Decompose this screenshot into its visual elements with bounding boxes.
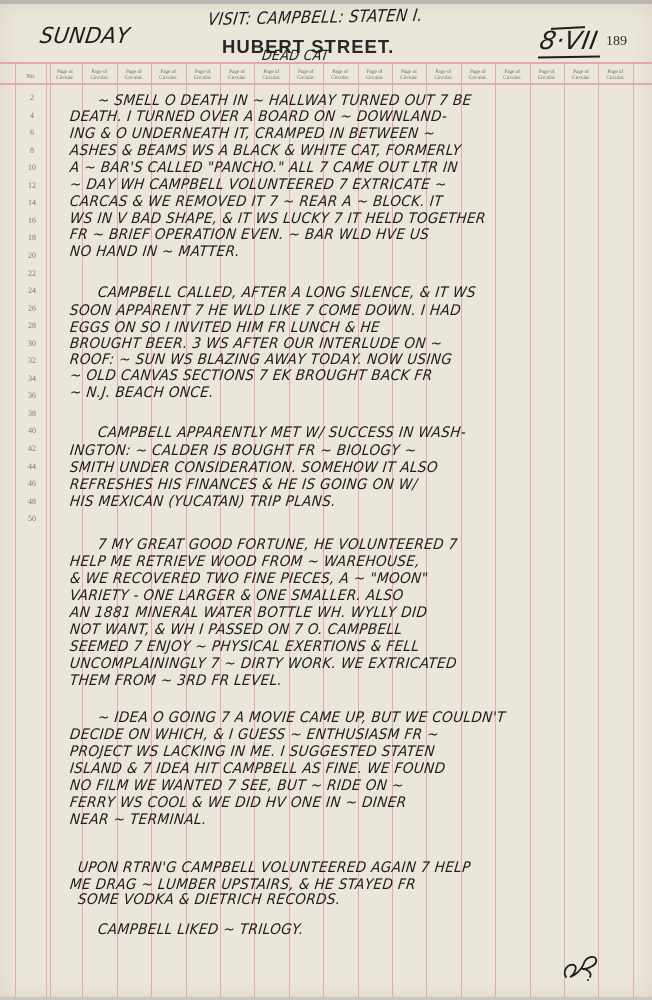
row-number: 42 bbox=[20, 444, 44, 453]
entry-date: 8·VII bbox=[537, 26, 600, 55]
handwritten-line: SMITH UNDER CONSIDERATION. SOMEHOW IT AL… bbox=[69, 459, 439, 477]
handwritten-line: NO FILM WE WANTED 7 SEE, BUT ~ RIDE ON ~ bbox=[69, 777, 405, 795]
handwritten-line: ~ SMELL O DEATH IN ~ HALLWAY TURNED OUT … bbox=[97, 92, 472, 110]
column-header-page-of-circular: Page ofCircular. bbox=[564, 70, 598, 81]
row-number: 4 bbox=[20, 111, 44, 120]
row-number: 6 bbox=[20, 128, 44, 137]
column-header-page-of-circular: Page ofCircular. bbox=[220, 70, 254, 81]
handwritten-line: A ~ BAR'S CALLED "PANCHO." ALL 7 CAME OU… bbox=[69, 159, 459, 177]
row-number: 36 bbox=[20, 391, 44, 400]
row-number: 46 bbox=[20, 479, 44, 488]
handwritten-line: NO HAND IN ~ MATTER. bbox=[69, 243, 241, 261]
handwritten-line: ROOF: ~ SUN WS BLAZING AWAY TODAY. NOW U… bbox=[69, 351, 453, 369]
row-number: 20 bbox=[20, 251, 44, 260]
row-number: 16 bbox=[20, 216, 44, 225]
handwritten-line: 7 MY GREAT GOOD FORTUNE, HE VOLUNTEERED … bbox=[97, 536, 458, 554]
column-header-no: No. bbox=[18, 73, 44, 80]
row-number: 24 bbox=[20, 286, 44, 295]
handwritten-line: AN 1881 MINERAL WATER BOTTLE WH. WYLLY D… bbox=[69, 604, 428, 622]
handwritten-line: BROUGHT BEER. 3 WS AFTER OUR INTERLUDE O… bbox=[69, 335, 443, 353]
handwritten-line: REFRESHES HIS FINANCES & HE IS GOING ON … bbox=[69, 476, 418, 494]
handwritten-line: ASHES & BEAMS WS A BLACK & WHITE CAT, FO… bbox=[69, 142, 462, 160]
row-number: 40 bbox=[20, 426, 44, 435]
handwritten-line: SOME VODKA & DIETRICH RECORDS. bbox=[77, 891, 341, 909]
column-rule bbox=[461, 62, 462, 997]
handwritten-line: HELP ME RETRIEVE WOOD FROM ~ WAREHOUSE, bbox=[69, 553, 421, 571]
entry-subtitle: DEAD CAT bbox=[261, 48, 330, 64]
handwritten-line: PROJECT WS LACKING IN ME. I SUGGESTED ST… bbox=[69, 743, 436, 761]
handwritten-line: & WE RECOVERED TWO FINE PIECES, A ~ "MOO… bbox=[69, 570, 429, 588]
handwritten-line: UPON RTRN'G CAMPBELL VOLUNTEERED AGAIN 7… bbox=[77, 859, 472, 877]
row-number: 10 bbox=[20, 163, 44, 172]
day-heading: SUNDAY bbox=[38, 24, 131, 49]
handwritten-line: DECIDE ON WHICH, & I GUESS ~ ENTHUSIASM … bbox=[69, 726, 440, 744]
header-rule-bottom bbox=[0, 83, 652, 85]
column-rule bbox=[15, 62, 16, 997]
column-rule bbox=[495, 62, 496, 997]
column-header-page-of-circular: Page ofCircular. bbox=[289, 70, 323, 81]
handwritten-line: ISLAND & 7 IDEA HIT CAMPBELL AS FINE. WE… bbox=[69, 760, 446, 778]
column-header-page-of-circular: Page ofCircular. bbox=[186, 70, 220, 81]
ledger-page: No.Page ofCircular.Page ofCircular.Page … bbox=[0, 4, 652, 997]
row-number: 30 bbox=[20, 339, 44, 348]
row-number: 28 bbox=[20, 321, 44, 330]
column-header-page-of-circular: Page ofCircular. bbox=[392, 70, 426, 81]
column-header-page-of-circular: Page ofCircular. bbox=[495, 70, 529, 81]
column-header-page-of-circular: Page ofCircular. bbox=[461, 70, 495, 81]
handwritten-line: ~ OLD CANVAS SECTIONS 7 EK BROUGHT BACK … bbox=[69, 367, 433, 385]
handwritten-line: FERRY WS COOL & WE DID HV ONE IN ~ DINER bbox=[69, 794, 407, 812]
row-number: 50 bbox=[20, 514, 44, 523]
handwritten-line: HIS MEXICAN (YUCATAN) TRIP PLANS. bbox=[69, 493, 337, 511]
row-number: 14 bbox=[20, 198, 44, 207]
column-header-page-of-circular: Page ofCircular. bbox=[254, 70, 288, 81]
column-rule bbox=[564, 62, 565, 997]
column-rule bbox=[530, 62, 531, 997]
row-number: 38 bbox=[20, 409, 44, 418]
row-number: 26 bbox=[20, 304, 44, 313]
handwritten-line: ING & O UNDERNEATH IT, CRAMPED IN BETWEE… bbox=[69, 125, 436, 143]
column-header-page-of-circular: Page ofCircular. bbox=[426, 70, 460, 81]
row-number: 34 bbox=[20, 374, 44, 383]
row-number: 8 bbox=[20, 146, 44, 155]
handwritten-line: INGTON: ~ CALDER IS BOUGHT FR ~ BIOLOGY … bbox=[69, 442, 417, 460]
handwritten-line: CAMPBELL LIKED ~ TRILOGY. bbox=[97, 921, 305, 939]
handwritten-line: ~ DAY WH CAMPBELL VOLUNTEERED 7 EXTRICAT… bbox=[69, 176, 447, 194]
row-number: 18 bbox=[20, 233, 44, 242]
row-number: 12 bbox=[20, 181, 44, 190]
page-number: 189 bbox=[606, 34, 627, 50]
row-number: 48 bbox=[20, 497, 44, 506]
column-header-page-of-circular: Page ofCircular. bbox=[151, 70, 185, 81]
row-number: 2 bbox=[20, 93, 44, 102]
handwritten-line: NEAR ~ TERMINAL. bbox=[69, 811, 208, 829]
handwritten-line: CAMPBELL APPARENTLY MET W/ SUCCESS IN WA… bbox=[97, 424, 467, 442]
handwritten-line: EGGS ON SO I INVITED HIM FR LUNCH & HE bbox=[69, 319, 381, 337]
handwritten-line: CAMPBELL CALLED, AFTER A LONG SILENCE, &… bbox=[97, 284, 477, 302]
column-rule bbox=[46, 62, 51, 997]
column-rule bbox=[633, 62, 634, 997]
column-header-page-of-circular: Page ofCircular. bbox=[82, 70, 116, 81]
column-header-page-of-circular: Page ofCircular. bbox=[530, 70, 564, 81]
handwritten-line: CARCAS & WE REMOVED IT 7 ~ REAR A ~ BLOC… bbox=[69, 193, 444, 211]
handwritten-line: ~ IDEA O GOING 7 A MOVIE CAME UP, BUT WE… bbox=[97, 709, 506, 727]
row-number: 44 bbox=[20, 462, 44, 471]
handwritten-line: UNCOMPLAININGLY 7 ~ DIRTY WORK. WE EXTRI… bbox=[69, 655, 458, 673]
handwritten-line: NOT WANT, & WH I PASSED ON 7 O. CAMPBELL bbox=[69, 621, 403, 639]
column-header-page-of-circular: Page ofCircular. bbox=[323, 70, 357, 81]
handwritten-line: DEATH. I TURNED OVER A BOARD ON ~ DOWNLA… bbox=[69, 108, 448, 126]
column-header-page-of-circular: Page ofCircular. bbox=[358, 70, 392, 81]
column-header-page-of-circular: Page ofCircular. bbox=[598, 70, 632, 81]
handwritten-line: WS IN V BAD SHAPE, & IT WS LUCKY 7 IT HE… bbox=[69, 210, 487, 228]
row-number: 32 bbox=[20, 356, 44, 365]
handwritten-line: THEM FROM ~ 3RD FR LEVEL. bbox=[69, 672, 283, 690]
column-rule bbox=[598, 62, 599, 997]
handwritten-line: ~ N.J. BEACH ONCE. bbox=[69, 384, 215, 402]
column-header-page-of-circular: Page ofCircular. bbox=[48, 70, 82, 81]
handwritten-line: VARIETY - ONE LARGER & ONE SMALLER. ALSO bbox=[69, 587, 404, 605]
row-number: 22 bbox=[20, 269, 44, 278]
handwritten-line: SEEMED 7 ENJOY ~ PHYSICAL EXERTIONS & FE… bbox=[69, 638, 420, 656]
signature-initials-icon bbox=[560, 949, 600, 983]
handwritten-line: SOON APPARENT 7 HE WLD LIKE 7 COME DOWN.… bbox=[69, 302, 462, 320]
column-header-page-of-circular: Page ofCircular. bbox=[117, 70, 151, 81]
handwritten-line: FR ~ BRIEF OPERATION EVEN. ~ BAR WLD HVE… bbox=[69, 226, 430, 244]
